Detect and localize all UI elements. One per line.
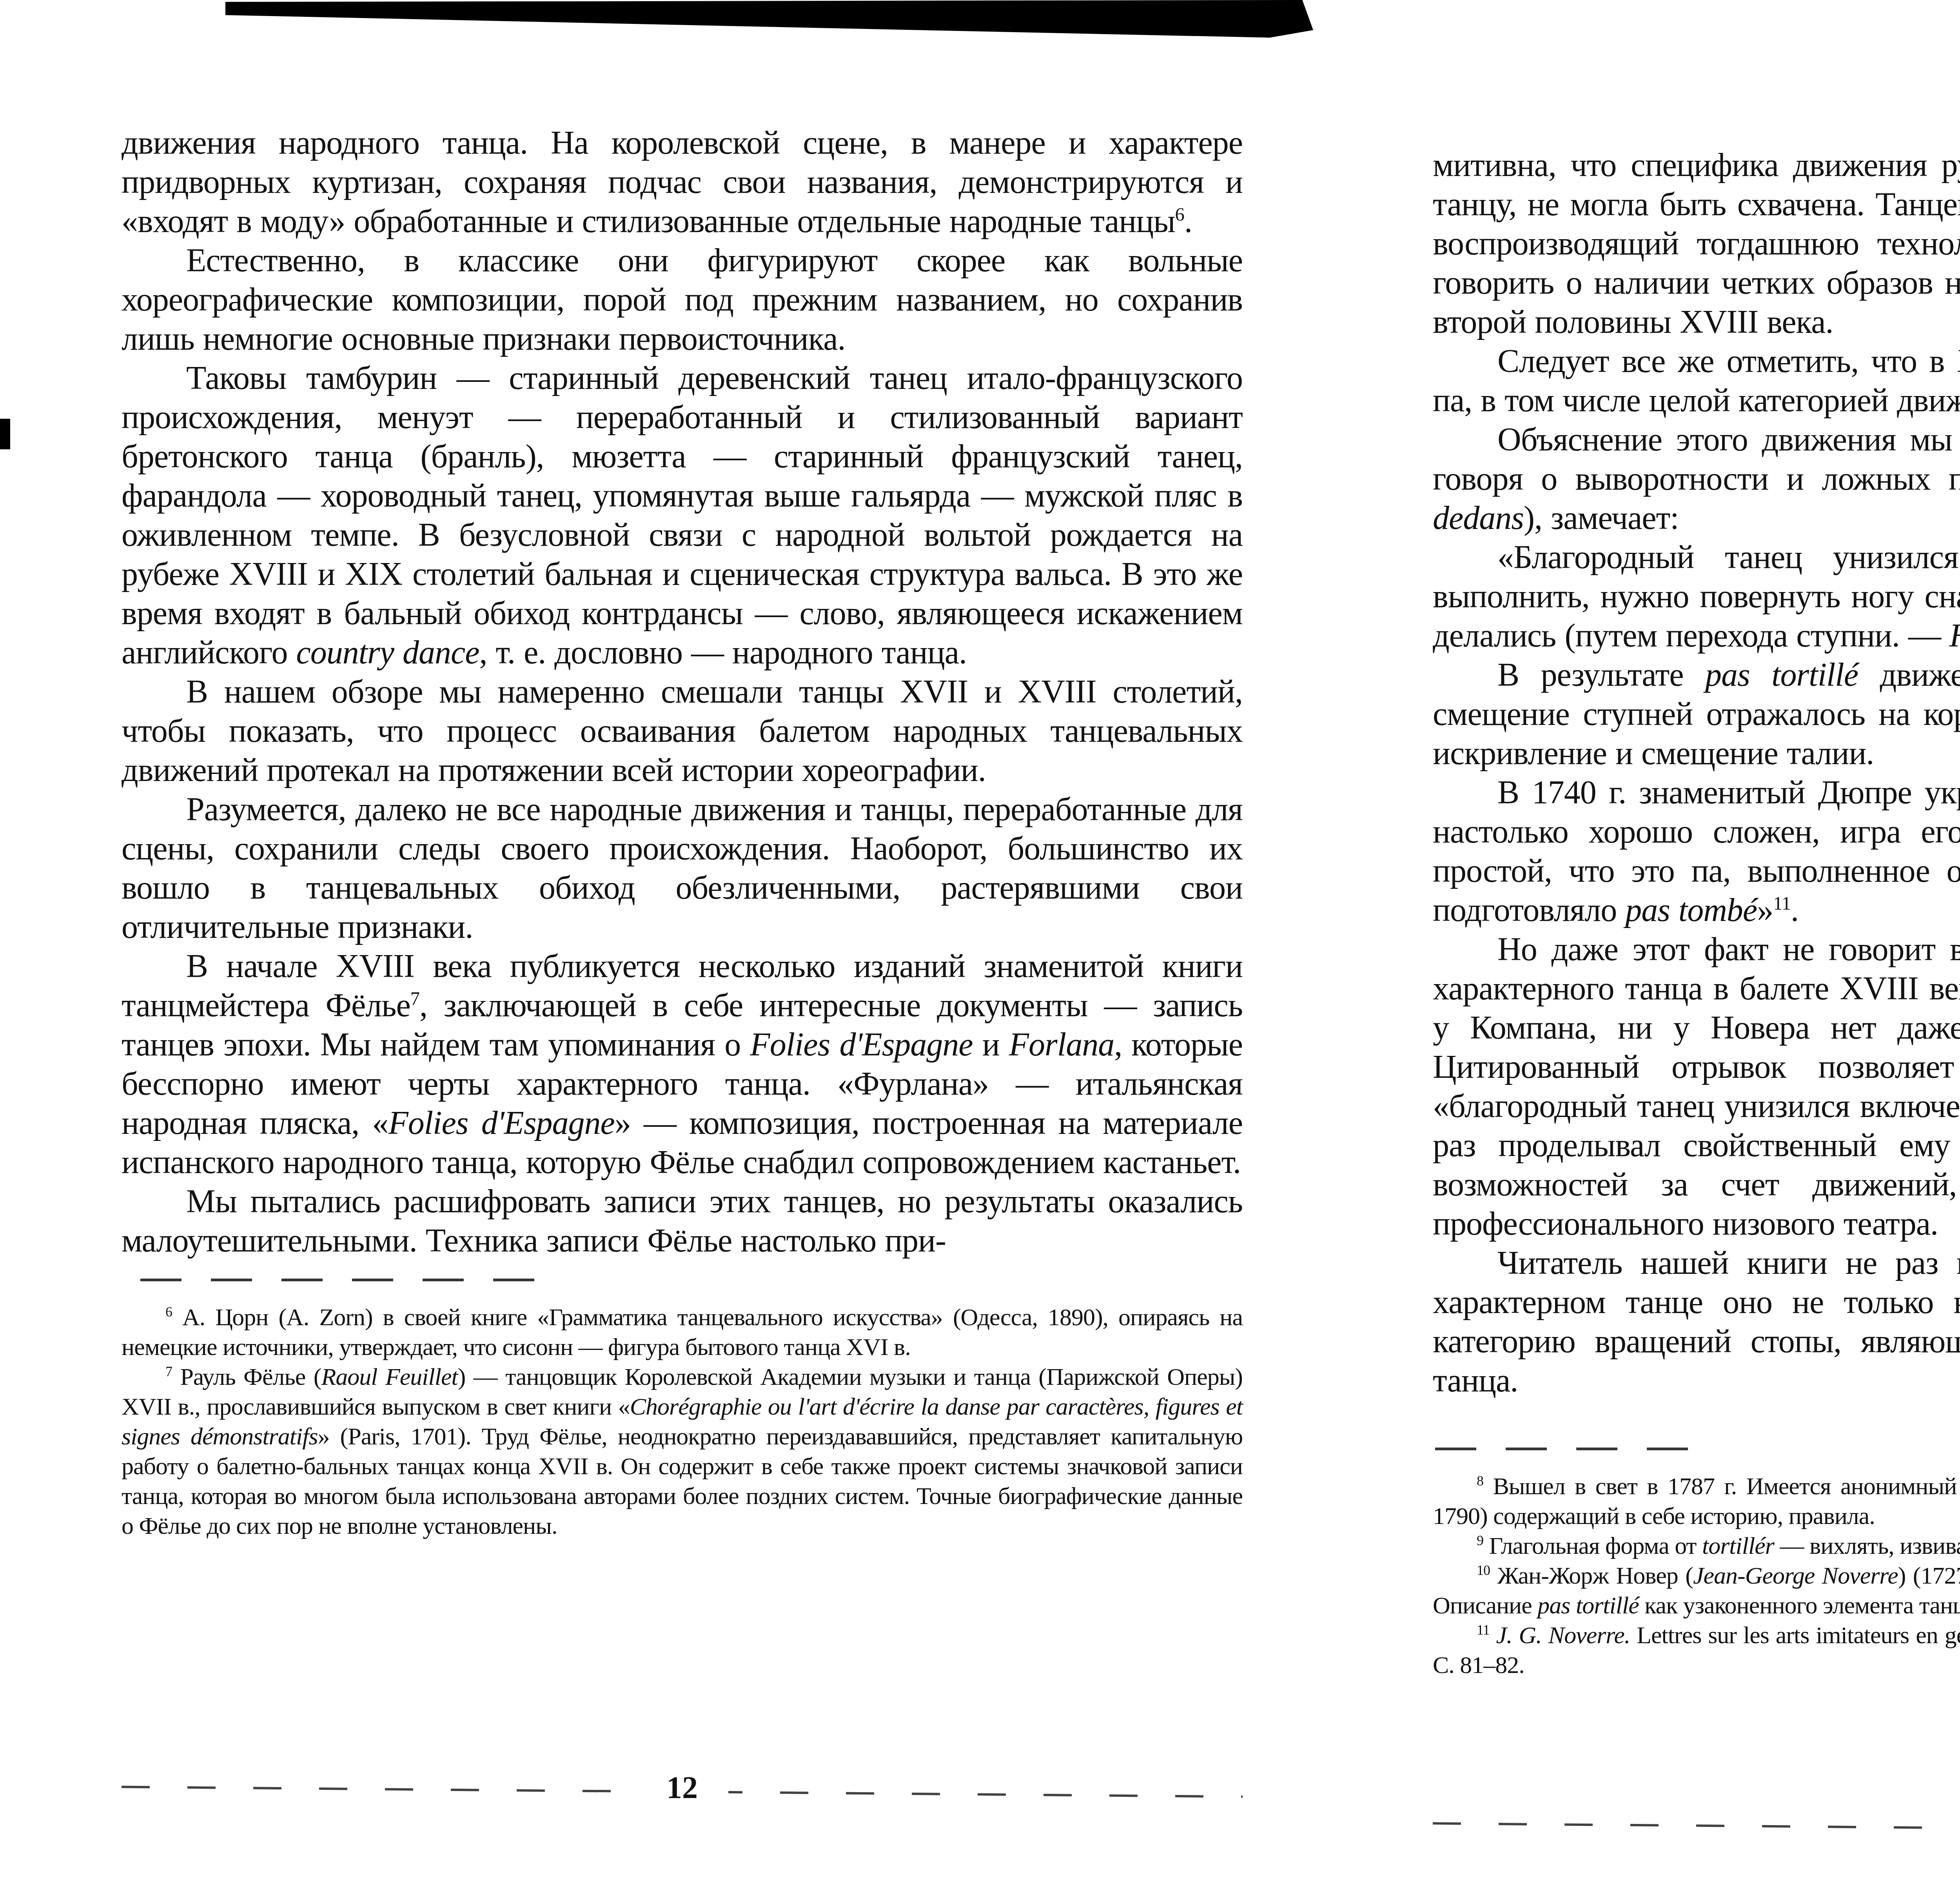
paragraph: Естественно, в классике они фигурируют с… (122, 241, 1243, 359)
text-run: Мы пытались расшифровать записи этих тан… (122, 1183, 1243, 1259)
text-run: движения народного танца. На королевской… (122, 125, 1243, 240)
footnote: 6 А. Цорн (A. Zorn) в своей книге «Грамм… (122, 1302, 1243, 1362)
scan-artifact-left-edge-mark (0, 419, 10, 449)
page-number-row: 12 (122, 1766, 1243, 1813)
footnotes: 6 А. Цорн (A. Zorn) в своей книге «Грамм… (122, 1302, 1243, 1541)
paragraph: «Благородный танец унизился включением p… (1433, 538, 1960, 656)
paragraph: Но даже этот факт не говорит в пользу са… (1433, 930, 1960, 1244)
text-run: Raoul Feuillet (321, 1364, 457, 1390)
page-text: движения народного танца. На королевской… (122, 124, 1243, 1261)
text-run: митивна, что специфика движения рук и ко… (1433, 147, 1960, 223)
paragraph: Читатель нашей книги не раз встретится с… (1433, 1244, 1960, 1400)
text-run: pas tombé (1625, 892, 1757, 928)
footnote-separator (1435, 1448, 1706, 1450)
text-run: «Благородный танец унизился включением (1497, 539, 1960, 576)
text-run: Таковы тамбурин — старинный деревенский … (122, 360, 1243, 671)
paragraph: Объяснение этого движения мы находим в «… (1433, 420, 1960, 538)
footnote-marker: 6 (165, 1304, 172, 1320)
scan-artifact-top-bar (225, 0, 1313, 38)
text-run: . (1184, 203, 1192, 240)
paragraph: В начале XVIII века публикуется нескольк… (122, 947, 1243, 1182)
text-run (1490, 1622, 1496, 1649)
text-run: » (1757, 892, 1773, 928)
text-run: и (973, 1026, 1009, 1063)
text-run: А. Цорн (A. Zorn) в своей книге «Граммат… (122, 1304, 1243, 1361)
footnotes: 8 Вышел в свет в 1787 г. Имеется анонимн… (1433, 1471, 1960, 1680)
footnote-marker: 6 (1175, 204, 1184, 225)
text-run: Но даже этот факт не говорит в пользу са… (1433, 931, 1960, 1007)
text-run: Ю. С. (1949, 618, 1960, 654)
text-run: Folies d'Espagne (388, 1105, 614, 1141)
text-run: Folies d'Espagne (750, 1026, 973, 1063)
text-run: J. G. Noverre. (1496, 1622, 1630, 1649)
footnote-marker: 11 (1773, 893, 1791, 914)
page-number-row: 13 (1433, 1803, 1960, 1850)
text-run: Forlana (1009, 1026, 1114, 1063)
page-12: движения народного танца. На королевской… (122, 124, 1243, 1541)
text-run: В 1740 г. знаменитый Дюпре украсил галья… (1497, 774, 1960, 811)
paragraph: В 1740 г. знаменитый Дюпре украсил галья… (1433, 773, 1960, 930)
text-run: Jean-George Noverre (1693, 1562, 1898, 1589)
page-number: 13 (1946, 1803, 1960, 1846)
text-run: ), замечает: (1524, 500, 1679, 536)
text-run: Глагольная форма от (1483, 1533, 1702, 1559)
footnote-marker: 7 (410, 988, 419, 1009)
text-run: pas tortillé (1537, 1592, 1639, 1619)
footnote-marker: 9 (1477, 1533, 1483, 1548)
text-run: Следует все же отметить, что в XVIII век… (1433, 343, 1960, 419)
text-run: Объяснение этого движения мы находим в «… (1497, 421, 1960, 458)
paragraph: Таковы тамбурин — старинный деревенский … (122, 359, 1243, 672)
paragraph: Мы пытались расшифровать записи этих тан… (122, 1182, 1243, 1261)
footnote-separator (140, 1279, 548, 1281)
text-run: . (1791, 892, 1798, 928)
footnote-marker: 11 (1477, 1622, 1490, 1638)
paragraph: митивна, что специфика движения рук и ко… (1433, 146, 1960, 342)
footnote-marker: 8 (1477, 1473, 1483, 1489)
footnote-marker: 10 (1477, 1562, 1490, 1578)
page-text: митивна, что специфика движения рук и ко… (1433, 146, 1960, 1400)
paragraph: Разумеется, далеко не все народные движе… (122, 790, 1243, 947)
paragraph: В нашем обзоре мы намеренно смешали танц… (122, 672, 1243, 790)
text-run: tortillér (1702, 1533, 1774, 1559)
text-run: , т. е. дословно — народного танца. (479, 634, 967, 671)
text-run: Разумеется, далеко не все народные движе… (122, 791, 1243, 945)
footnote: 9 Глагольная форма от tortillér — вихлят… (1433, 1531, 1960, 1561)
text-run: Естественно, в классике они фигурируют с… (122, 242, 1243, 357)
footnote: 10 Жан-Жорж Новер (Jean-George Noverre) … (1433, 1561, 1960, 1620)
text-run: Читатель нашей книги не раз встретится с (1497, 1245, 1960, 1281)
text-run: country dance (296, 634, 479, 671)
text-run: — вихлять, извивать, чертить ломаные кри… (1774, 1533, 1960, 1559)
paragraph: В результате pas tortillé движения были … (1433, 656, 1960, 773)
page-13: митивна, что специфика движения рук и ко… (1433, 146, 1960, 1680)
text-run: как узаконенного элемента танца дает и К… (1639, 1592, 1960, 1619)
text-run: Вышел в свет в 1787 г. Имеется анонимный… (1433, 1473, 1960, 1529)
footnote: 11 J. G. Noverre. Lettres sur les arts i… (1433, 1620, 1960, 1680)
page-number: 12 (636, 1766, 728, 1809)
text-run: В нашем обзоре мы намеренно смешали танц… (122, 674, 1243, 788)
book-spread: движения народного танца. На королевской… (0, 0, 1960, 1900)
text-run: В результате (1497, 657, 1705, 693)
footnote: 8 Вышел в свет в 1787 г. Имеется анонимн… (1433, 1471, 1960, 1531)
paragraph: движения народного танца. На королевской… (122, 124, 1243, 241)
footnote: 7 Рауль Фёлье (Raoul Feuillet) — танцовщ… (122, 1362, 1243, 1541)
text-run: Рауль Фёлье ( (172, 1364, 321, 1390)
paragraph: Следует все же отметить, что в XVIII век… (1433, 342, 1960, 420)
text-run: Жан-Жорж Новер ( (1490, 1562, 1693, 1589)
footnote-marker: 7 (165, 1364, 172, 1379)
text-run: pas tortillé (1705, 657, 1858, 693)
